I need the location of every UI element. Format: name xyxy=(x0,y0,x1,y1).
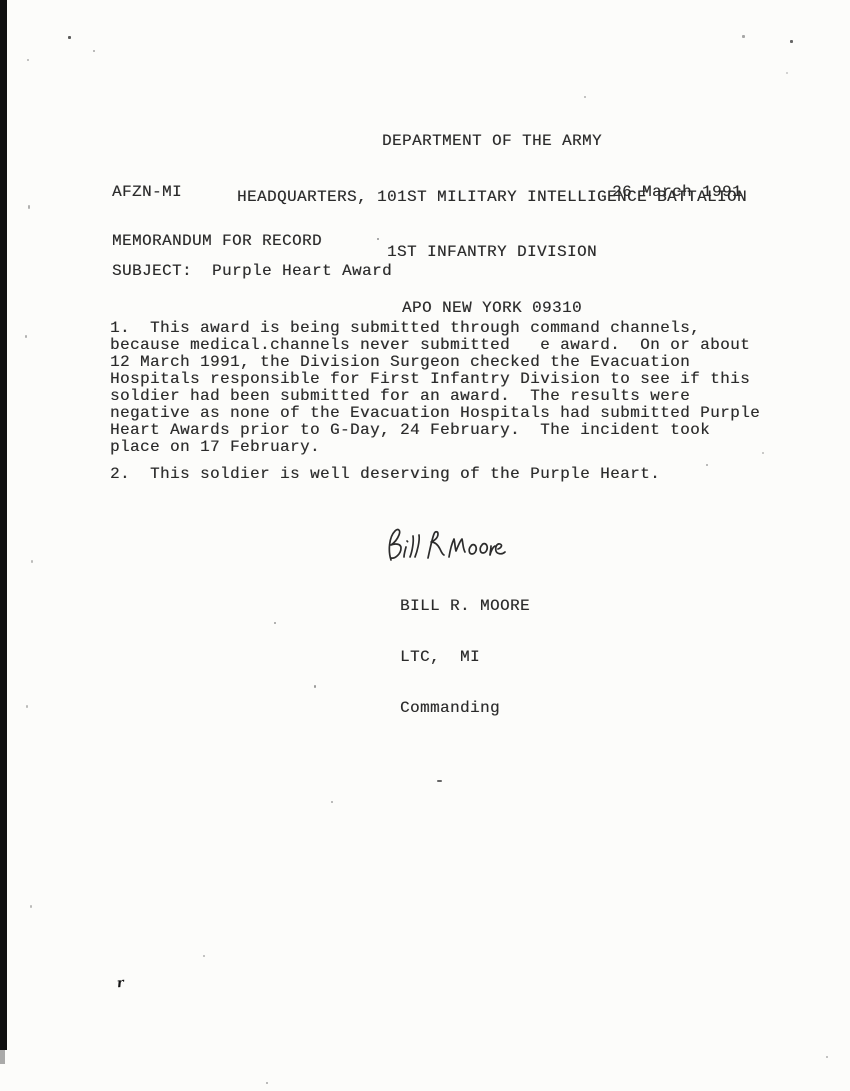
signature-block: BILL R. MOORE LTC, MI Commanding xyxy=(400,564,530,751)
letterhead-department: DEPARTMENT OF THE ARMY xyxy=(107,132,850,151)
scan-speckle xyxy=(203,955,205,957)
scan-speckle xyxy=(790,40,793,43)
scan-speckle xyxy=(25,335,27,338)
stray-pen-mark: r xyxy=(116,976,124,992)
paragraph-1: 1. This award is being submitted through… xyxy=(110,320,760,456)
subject-line: SUBJECT: Purple Heart Award xyxy=(112,263,392,280)
scan-speckle xyxy=(68,36,71,39)
signer-name: BILL R. MOORE xyxy=(400,598,530,615)
memo-date: 26 March 1991 xyxy=(612,184,742,201)
scan-speckle xyxy=(786,72,788,74)
office-symbol: AFZN-MI xyxy=(112,184,182,201)
scan-speckle xyxy=(742,35,745,38)
scan-edge-strip xyxy=(0,0,7,1050)
scanned-memo-page: DEPARTMENT OF THE ARMY HEADQUARTERS, 101… xyxy=(0,0,850,1091)
scan-speckle xyxy=(826,1056,828,1058)
memorandum-for-line: MEMORANDUM FOR RECORD xyxy=(112,233,322,250)
scan-speckle xyxy=(314,685,316,688)
letterhead: DEPARTMENT OF THE ARMY HEADQUARTERS, 101… xyxy=(107,95,850,354)
paragraph-2: 2. This soldier is well deserving of the… xyxy=(110,466,660,483)
scan-speckle xyxy=(274,622,276,624)
signer-rank-branch: LTC, MI xyxy=(400,649,530,666)
scan-speckle xyxy=(26,705,28,708)
scan-speckle xyxy=(584,96,586,98)
scan-speckle xyxy=(93,50,95,52)
scan-speckle xyxy=(377,238,379,240)
scan-speckle xyxy=(31,560,33,563)
letterhead-apo-address: APO NEW YORK 09310 xyxy=(107,299,850,318)
scan-speckle xyxy=(266,1082,268,1084)
handwritten-signature xyxy=(386,527,508,565)
scan-speckle xyxy=(30,905,32,908)
signer-title: Commanding xyxy=(400,700,530,717)
scan-speckle xyxy=(437,780,442,782)
scan-speckle xyxy=(28,205,30,209)
scan-speckle xyxy=(331,801,333,803)
scan-speckle xyxy=(706,464,708,466)
scan-speckle xyxy=(762,452,764,454)
scan-speckle xyxy=(27,59,29,61)
